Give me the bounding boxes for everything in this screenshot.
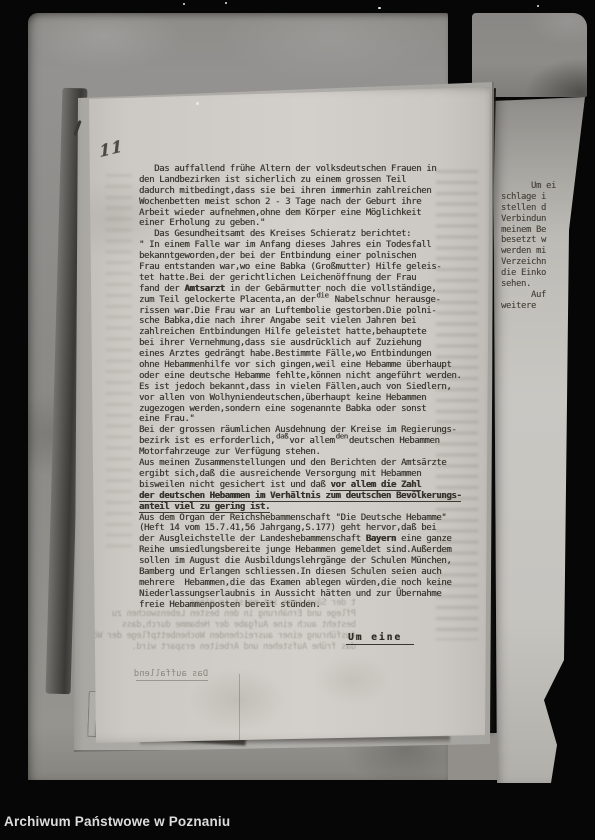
text-segment: meinem Be <box>501 225 546 235</box>
text-line: sollen im August die Ausbildungslehrgäng… <box>139 556 475 567</box>
text-segment: Um ei <box>501 181 556 191</box>
text-segment: mehrere Hebammen,die das Examen ablegen … <box>139 578 451 588</box>
text-segment: bisweilen nicht gesichert ist und daß <box>139 480 330 490</box>
text-line: die Einko <box>501 268 591 279</box>
text-segment: Das auffallend frühe Altern der volksdeu… <box>139 164 436 174</box>
text-line: bei ihrer Vernehmung,dass sie ausdrückli… <box>139 338 475 349</box>
text-segment: werden mi <box>501 246 546 256</box>
text-segment: Pflege und Ernährung in den besten Leben… <box>112 609 356 619</box>
text-line: der deutschen Hebammen im Verhältnis zum… <box>139 491 475 502</box>
text-line: eine Frau." <box>139 414 475 425</box>
text-line: Frau entstanden war,wo eine Babka (Großm… <box>139 262 475 273</box>
text-line: Auf <box>501 290 591 301</box>
text-segment: Bei der grossen räumlichen Ausdehnung de… <box>139 425 456 435</box>
text-line: Das Gesundheitsamt des Kreises Schieratz… <box>139 229 475 240</box>
text-segment: Motorfahrzeuge zur Verfügung stehen. <box>139 447 320 457</box>
text-line: zahlreichen Entbindungen Hilfe geleistet… <box>139 327 475 338</box>
text-segment: besteht auch eine Aufgabe der Hebamme du… <box>122 620 356 630</box>
text-segment: das frühe Aufstehen und Arbeiten erspart… <box>132 642 356 652</box>
bleed-through-left <box>106 174 132 554</box>
text-line: ohne Hebammenhilfe vor sich gingen,weil … <box>139 360 475 371</box>
text-line: fand der Amtsarzt in der Gebärmutter noc… <box>139 284 475 295</box>
text-segment: weitere <box>501 301 536 311</box>
text-line: bisweilen nicht gesichert ist und daß vo… <box>139 480 475 491</box>
text-segment: sollen im August die Ausbildungslehrgäng… <box>139 556 451 566</box>
text-segment: t der Säuglinge ist meist in einer <box>190 598 356 608</box>
text-segment: bezirk ist es erforderlich, <box>139 436 275 446</box>
text-segment: zahlreichen Entbindungen Hilfe geleistet… <box>139 327 426 337</box>
text-segment: Frau entstanden war,wo eine Babka (Großm… <box>139 262 441 272</box>
dust-speck <box>378 7 381 9</box>
text-segment: eine Frau." <box>139 414 194 424</box>
adjacent-page-text: Um eischlage istellen dVerbindunmeinem B… <box>501 181 591 312</box>
text-line: einer Erholung zu geben." <box>139 218 475 229</box>
text-segment: dadurch mitbedingt,dass sie bei ihren im… <box>139 186 431 196</box>
text-line: sche Babka,die nach ihrer Angabe seit vi… <box>139 316 475 327</box>
text-segment: ohne Hebammenhilfe vor sich gingen,weil … <box>139 360 451 370</box>
text-segment: fand der <box>139 284 184 294</box>
dust-speck <box>225 2 227 4</box>
bleed-through-next-page-title: Das auffallend <box>136 669 208 681</box>
text-line: bezirk ist es erforderlich,daßvor allemd… <box>139 436 475 447</box>
text-segment: tet hatte.Bei der gerichtlichen Leichenö… <box>139 273 416 283</box>
text-segment: Aus dem Organ der Reichshebammenschaft "… <box>139 513 446 523</box>
text-segment: stellen d <box>501 203 546 213</box>
text-line: zum Teil gelockerte Placenta,an derdie N… <box>139 295 475 306</box>
text-line: Verbindun <box>501 214 591 225</box>
text-segment: die <box>316 290 328 301</box>
text-segment: " In einem Falle war im Anfang dieses Ja… <box>139 240 431 250</box>
bleed-through-lines: t der Säuglinge ist meist in einerPflege… <box>106 598 356 652</box>
text-line: anteil viel zu gering ist. <box>139 502 475 513</box>
text-segment: Es ist jedoch bekannt,dass in vielen Fäl… <box>139 382 451 392</box>
text-segment: der deutschen Hebammen im Verhältnis zum… <box>139 491 461 503</box>
text-segment: vor allen von Wolhyniendeutschen,überhau… <box>139 393 426 403</box>
text-segment: Nabelschnur herausge- <box>330 295 441 305</box>
text-segment: Bayern <box>366 534 396 544</box>
text-line: rissen war.Die Frau war an Luftembolie g… <box>139 306 475 317</box>
text-line: Ausführung einer ausreichenden Wochenbet… <box>106 631 356 642</box>
text-segment: deutschen Hebammen <box>349 436 440 446</box>
text-segment: Reihe umsiedlungsbereite junge Hebammen … <box>139 545 451 555</box>
text-segment: Ausführung einer ausreichenden Wochenbet… <box>78 631 356 641</box>
text-line: weitere <box>501 301 591 312</box>
text-line: besteht auch eine Aufgabe der Hebamme du… <box>106 620 356 631</box>
text-line: schlage i <box>501 192 591 203</box>
text-line: meinem Be <box>501 225 591 236</box>
text-segment: bekanntgeworden,der bei der Entbindung e… <box>139 251 416 261</box>
text-line: das frühe Aufstehen und Arbeiten erspart… <box>106 642 356 653</box>
adjacent-page: Um eischlage istellen dVerbindunmeinem B… <box>493 97 587 783</box>
text-segment: ergibt sich,daß die ausreichende Versorg… <box>139 469 421 479</box>
text-line: Es ist jedoch bekannt,dass in vielen Fäl… <box>139 382 475 393</box>
text-segment: Wochenbetten meist schon 2 - 3 Tage nach… <box>139 197 421 207</box>
text-line: " In einem Falle war im Anfang dieses Ja… <box>139 240 475 251</box>
text-line: (Heft 14 vom 15.7.41,56 Jahrgang,S.177) … <box>139 523 475 534</box>
text-line: Bamberg und Erlangen schliessen.In diese… <box>139 567 475 578</box>
text-line: oder eine deutsche Hebamme fehlte,können… <box>139 371 475 382</box>
text-line: vor allen von Wolhyniendeutschen,überhau… <box>139 393 475 404</box>
text-segment: Auf <box>501 290 546 300</box>
text-segment: besetzt w <box>501 235 546 245</box>
text-line: Aus dem Organ der Reichshebammenschaft "… <box>139 513 475 524</box>
text-segment: in der Gebärmutter noch die vollständige… <box>225 284 437 294</box>
typewritten-text: Das auffallend frühe Altern der volksdeu… <box>139 164 475 611</box>
text-line: stellen d <box>501 203 591 214</box>
document-page: 11 Das auffallend frühe Altern der volks… <box>84 86 490 746</box>
text-segment: einer Erholung zu geben." <box>139 218 265 228</box>
text-line: sehen. <box>501 279 591 290</box>
text-line: ergibt sich,daß die ausreichende Versorg… <box>139 469 475 480</box>
text-segment: sche Babka,die nach ihrer Angabe seit vi… <box>139 316 416 326</box>
text-segment: Arbeit wieder aufnehmen,ohne dem Körper … <box>139 208 421 218</box>
text-segment: oder eine deutsche Hebamme fehlte,können… <box>139 371 461 381</box>
text-line: Verzeichn <box>501 257 591 268</box>
text-segment: zugezogen werden,sondern eine sogenannte… <box>139 404 426 414</box>
text-line: mehrere Hebammen,die das Examen ablegen … <box>139 578 475 589</box>
text-segment: Aus meinen Zusammenstellungen und den Be… <box>139 458 446 468</box>
text-segment: Verzeichn <box>501 257 546 267</box>
text-segment: zum Teil gelockerte Placenta,an der <box>139 295 315 305</box>
catchword: Um eine <box>346 632 414 645</box>
text-line: eines Arztes gedrängt habe.Bestimmte Fäl… <box>139 349 475 360</box>
text-segment: den Landbezirken ist sicherlich zu einem… <box>139 175 406 185</box>
text-segment: schlage i <box>501 192 546 202</box>
archival-photo: Um eischlage istellen dVerbindunmeinem B… <box>0 0 595 840</box>
text-segment: sehen. <box>501 279 531 289</box>
text-line: Pflege und Ernährung in den besten Leben… <box>106 609 356 620</box>
dust-speck <box>537 5 539 7</box>
text-line: t der Säuglinge ist meist in einer <box>106 598 356 609</box>
text-segment: Amtsarzt <box>184 284 224 294</box>
text-line: Motorfahrzeuge zur Verfügung stehen. <box>139 447 475 458</box>
text-segment: Verbindun <box>501 214 546 224</box>
text-segment: vor allem die Zahl <box>330 480 421 492</box>
text-line: Aus meinen Zusammenstellungen und den Be… <box>139 458 475 469</box>
text-line: Reihe umsiedlungsbereite junge Hebammen … <box>139 545 475 556</box>
text-line: Das auffallend frühe Altern der volksdeu… <box>139 164 475 175</box>
text-line: dadurch mitbedingt,dass sie bei ihren im… <box>139 186 475 197</box>
text-line: Bei der grossen räumlichen Ausdehnung de… <box>139 425 475 436</box>
handwritten-page-number: 11 <box>99 136 124 161</box>
text-segment: anteil viel zu gering ist. <box>139 502 270 514</box>
text-line: Um ei <box>501 181 591 192</box>
text-segment: die Einko <box>501 268 546 278</box>
text-segment: Das Gesundheitsamt des Kreises Schieratz… <box>139 229 411 239</box>
text-segment: der Ausgleichstelle der Landeshebammensc… <box>139 534 366 544</box>
text-segment: eine ganze <box>396 534 451 544</box>
text-line: Wochenbetten meist schon 2 - 3 Tage nach… <box>139 197 475 208</box>
text-segment: (Heft 14 vom 15.7.41,56 Jahrgang,S.177) … <box>139 523 436 533</box>
dust-speck <box>183 3 185 5</box>
text-line: den Landbezirken ist sicherlich zu einem… <box>139 175 475 186</box>
text-line: Arbeit wieder aufnehmen,ohne dem Körper … <box>139 208 475 219</box>
text-segment: bei ihrer Vernehmung,dass sie ausdrückli… <box>139 338 421 348</box>
archive-watermark: Archiwum Państwowe w Poznaniu <box>4 814 230 829</box>
text-segment: vor allem <box>289 436 334 446</box>
text-line: werden mi <box>501 246 591 257</box>
text-line: besetzt w <box>501 235 591 246</box>
text-segment: Bamberg und Erlangen schliessen.In diese… <box>139 567 441 577</box>
dust-speck <box>196 102 199 105</box>
text-line: tet hatte.Bei der gerichtlichen Leichenö… <box>139 273 475 284</box>
text-line: bekanntgeworden,der bei der Entbindung e… <box>139 251 475 262</box>
text-segment: den <box>336 432 348 443</box>
paper-crease <box>239 674 240 744</box>
text-segment: eines Arztes gedrängt habe.Bestimmte Fäl… <box>139 349 431 359</box>
text-line: zugezogen werden,sondern eine sogenannte… <box>139 404 475 415</box>
text-line: der Ausgleichstelle der Landeshebammensc… <box>139 534 475 545</box>
text-segment: daß <box>276 432 288 443</box>
text-segment: rissen war.Die Frau war an Luftembolie g… <box>139 306 436 316</box>
